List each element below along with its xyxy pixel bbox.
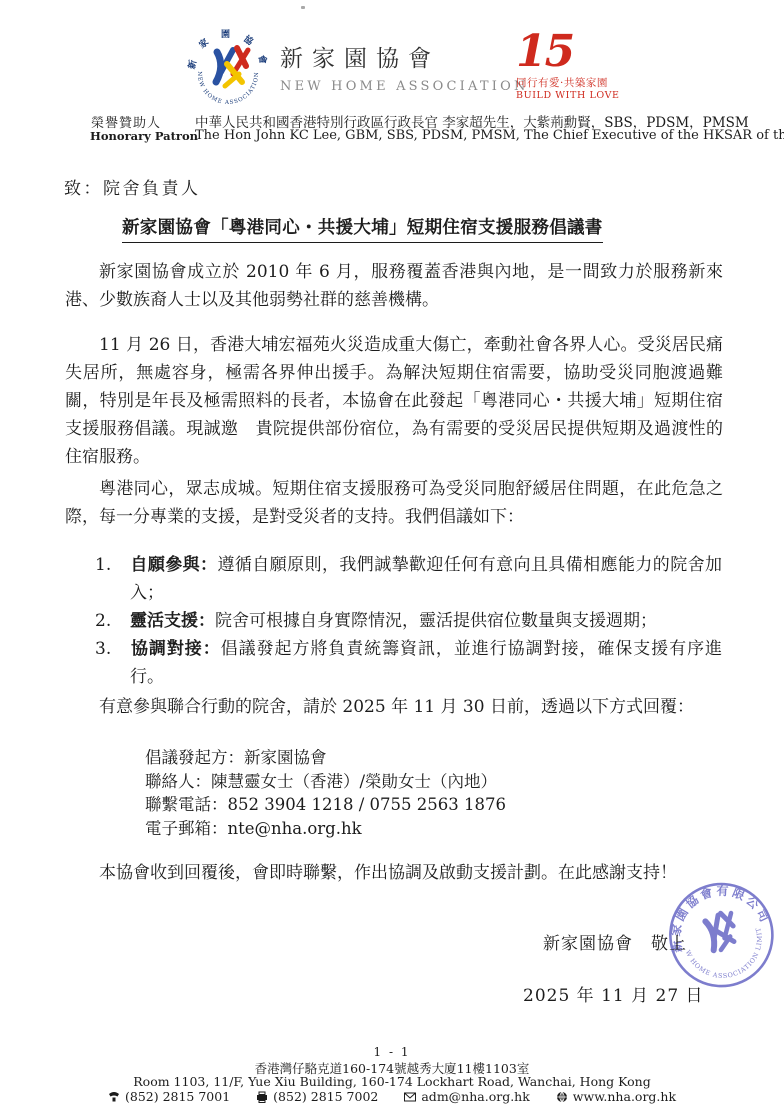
org-name-en: NEW HOME ASSOCIATION (280, 79, 529, 94)
anniversary-slogan-zh: 同行有愛·共築家園 (516, 75, 620, 90)
list-item-heading: 自願參與： (130, 555, 217, 575)
anniversary-slogan-en: BUILD WITH LOVE (516, 90, 620, 101)
scan-speck (301, 6, 305, 9)
contact-email: 電子郵箱：nte@nha.org.hk (145, 817, 506, 841)
logo-figure-icon (216, 48, 248, 86)
letter-page: 新 家 園 協 會 NEW HOME ASSOCIATION 新家園協會 NEW… (0, 0, 784, 1110)
closing-paragraph: 本協會收到回覆後，會即時聯繫，作出協調及啟動支援計劃。在此感謝支持！ (65, 859, 723, 887)
svg-text:NEW HOME ASSOCIATION: NEW HOME ASSOCIATION (196, 71, 260, 106)
footer-phone: (852) 2815 7001 (108, 1089, 230, 1104)
list-number: 3. (95, 635, 130, 663)
contact-initiator: 倡議發起方：新家園協會 (145, 746, 506, 770)
list-item: 3.協調對接：倡議發起方將負責統籌資訊，並進行協調對接，確保支援有序進行。 (95, 635, 722, 691)
contact-block: 倡議發起方：新家園協會 聯絡人：陳慧靈女士（香港）/榮勛女士（內地） 聯繫電話：… (145, 746, 506, 840)
contact-phones: 聯繫電話：852 3904 1218 / 0755 2563 1876 (145, 793, 506, 817)
org-wordmark: 新家園協會 NEW HOME ASSOCIATION (280, 40, 529, 94)
list-number: 1. (95, 551, 130, 579)
contact-persons: 聯絡人：陳慧靈女士（香港）/榮勛女士（內地） (145, 770, 506, 794)
paragraph-intro: 新家園協會成立於 2010 年 6 月，服務覆蓋香港與內地，是一間致力於服務新來… (65, 258, 723, 314)
date-line: 2025 年 11 月 27 日 (523, 981, 704, 1006)
globe-icon (556, 1091, 568, 1103)
paragraph-fire-appeal: 11 月 26 日，香港大埔宏福苑火災造成重大傷亡，牽動社會各界人心。受災居民痛… (65, 331, 723, 471)
stamp-figure-icon (703, 910, 740, 952)
footer-website-url: www.nha.org.hk (573, 1089, 676, 1104)
patron-line-en: The Hon John KC Lee, GBM, SBS, PDSM, PMS… (195, 128, 784, 143)
footer-address-en: Room 1103, 11/F, Yue Xiu Building, 160-1… (0, 1074, 784, 1089)
footer-contact-row: (852) 2815 7001 (852) 2815 7002 adm@nha.… (0, 1089, 784, 1104)
footer-website: www.nha.org.hk (556, 1089, 676, 1104)
association-logo-icon: 新 家 園 協 會 NEW HOME ASSOCIATION (186, 26, 270, 110)
logo-arc-bottom-text: NEW HOME ASSOCIATION (196, 71, 260, 106)
phone-icon (108, 1091, 120, 1103)
footer-email-address: adm@nha.org.hk (421, 1089, 529, 1104)
footer-email: adm@nha.org.hk (404, 1089, 529, 1104)
anniversary-15-icon: 15 (516, 30, 620, 74)
proposal-list: 1.自願參與：遵循自願原則，我們誠摯歡迎任何有意向且具備相應能力的院舍加入； 2… (95, 551, 722, 691)
list-item-heading: 協調對接： (130, 639, 221, 659)
org-name-zh: 新家園協會 (280, 40, 529, 73)
fax-icon (256, 1091, 268, 1103)
patron-label-en: Honorary Patron (90, 129, 198, 143)
reply-instruction: 有意參與聯合行動的院舍，請於 2025 年 11 月 30 日前，透過以下方式回… (65, 693, 723, 721)
anniversary-emblem: 15 同行有愛·共築家園 BUILD WITH LOVE (516, 30, 620, 101)
list-item: 1.自願參與：遵循自願原則，我們誠摯歡迎任何有意向且具備相應能力的院舍加入； (95, 551, 722, 607)
list-item-heading: 靈活支援： (130, 611, 215, 631)
list-item-text: 院舍可根據自身實際情況，靈活提供宿位數量與支援週期； (215, 611, 657, 631)
footer-fax: (852) 2815 7002 (256, 1089, 378, 1104)
page-number: 1 - 1 (0, 1045, 784, 1059)
list-item: 2.靈活支援：院舍可根據自身實際情況，靈活提供宿位數量與支援週期； (95, 607, 722, 635)
footer-phone-number: (852) 2815 7001 (125, 1089, 230, 1104)
list-item-text: 遵循自願原則，我們誠摯歡迎任何有意向且具備相應能力的院舍加入； (130, 555, 722, 603)
addressee-line: 致：院舍負責人 (64, 174, 201, 199)
email-icon (404, 1091, 416, 1103)
letter-title: 新家園協會「粵港同心・共援大埔」短期住宿支援服務倡議書 (122, 214, 603, 243)
footer-fax-number: (852) 2815 7002 (273, 1089, 378, 1104)
list-number: 2. (95, 607, 130, 635)
paragraph-unity: 粵港同心，眾志成城。短期住宿支援服務可為受災同胞舒緩居住問題，在此危急之際，每一… (65, 475, 723, 531)
